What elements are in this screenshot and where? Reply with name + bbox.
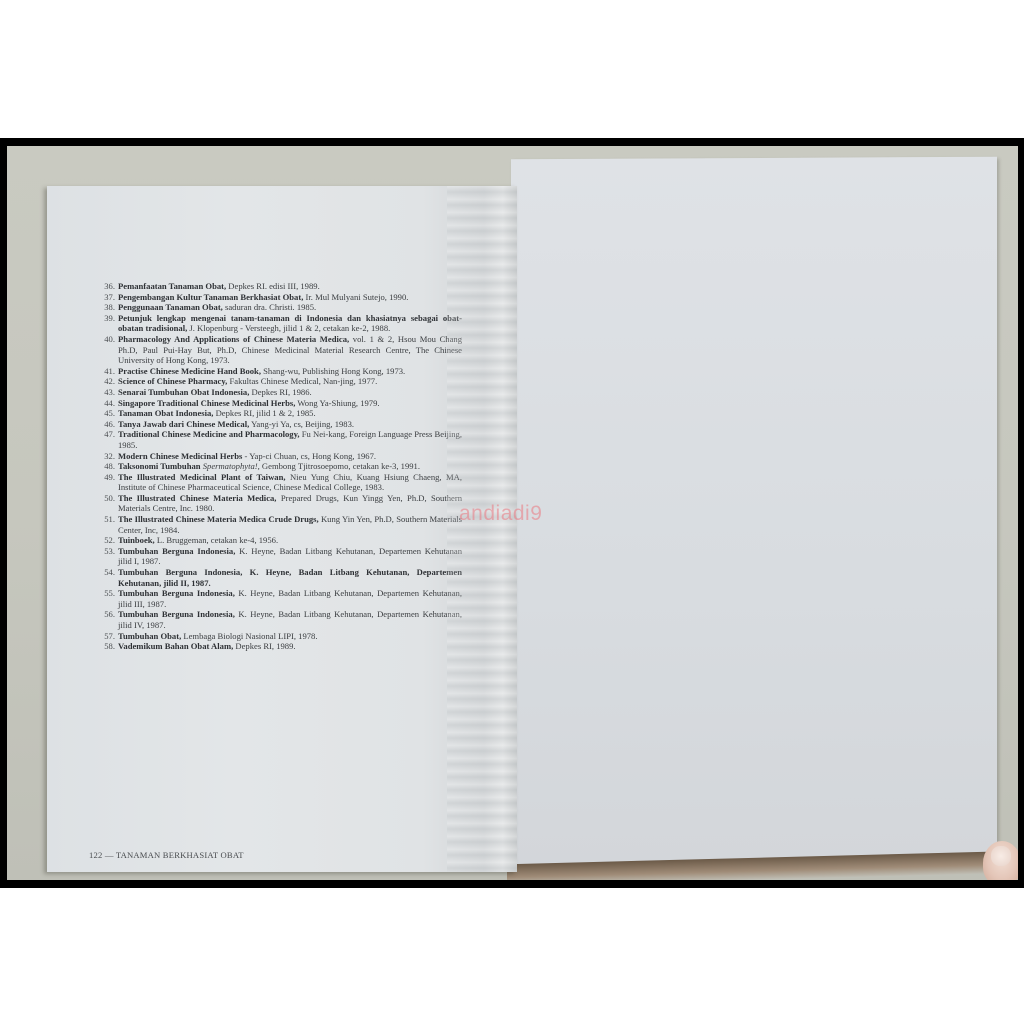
entry-details: - Yap-ci Chuan, cs, Hong Kong, 1967.	[242, 451, 376, 461]
entry-title: The Illustrated Medicinal Plant of Taiwa…	[118, 472, 286, 482]
entry-text: Tuinboek, L. Bruggeman, cetakan ke-4, 19…	[118, 535, 462, 546]
entry-details: Shang-wu, Publishing Hong Kong, 1973.	[261, 366, 405, 376]
entry-title: Tanya Jawab dari Chinese Medical,	[118, 419, 249, 429]
bibliography-entry: 44.Singapore Traditional Chinese Medicin…	[102, 398, 462, 409]
watermark: andiadi9	[459, 502, 542, 526]
entry-text: Singapore Traditional Chinese Medicinal …	[118, 398, 462, 409]
bibliography-entry: 39.Petunjuk lengkap mengenai tanam-tanam…	[102, 313, 462, 334]
entry-details: Fakultas Chinese Medical, Nan-jing, 1977…	[227, 376, 377, 386]
entry-text: The Illustrated Medicinal Plant of Taiwa…	[118, 472, 462, 493]
entry-details: saduran dra. Christi. 1985.	[223, 302, 316, 312]
entry-number: 37.	[102, 292, 115, 303]
entry-number: 54.	[102, 567, 115, 588]
bibliography-entry: 46.Tanya Jawab dari Chinese Medical, Yan…	[102, 419, 462, 430]
entry-text: Tumbuhan Berguna Indonesia, K. Heyne, Ba…	[118, 609, 462, 630]
entry-text: Tumbuhan Berguna Indonesia, K. Heyne, Ba…	[118, 588, 462, 609]
entry-number: 53.	[102, 546, 115, 567]
bibliography-entry: 47.Traditional Chinese Medicine and Phar…	[102, 429, 462, 450]
entry-number: 56.	[102, 609, 115, 630]
entry-details: Yang-yi Ya, cs, Beijing, 1983.	[249, 419, 354, 429]
entry-details: Ir. Mul Mulyani Sutejo, 1990.	[303, 292, 408, 302]
entry-number: 45.	[102, 408, 115, 419]
bibliography-entry: 41.Practise Chinese Medicine Hand Book, …	[102, 366, 462, 377]
entry-title: Tumbuhan Berguna Indonesia,	[118, 588, 235, 598]
entry-number: 51.	[102, 514, 115, 535]
bibliography-entry: 42.Science of Chinese Pharmacy, Fakultas…	[102, 376, 462, 387]
entry-text: Senarai Tumbuhan Obat Indonesia, Depkes …	[118, 387, 462, 398]
entry-title: Vademikum Bahan Obat Alam,	[118, 641, 233, 651]
entry-title: Tuinboek,	[118, 535, 155, 545]
entry-number: 55.	[102, 588, 115, 609]
entry-details: Gembong Tjitrosoepomo, cetakan ke-3, 199…	[260, 461, 420, 471]
entry-details: Wong Ya-Shiung, 1979.	[295, 398, 379, 408]
entry-number: 40.	[102, 334, 115, 366]
bibliography-entry: 45.Tanaman Obat Indonesia, Depkes RI, ji…	[102, 408, 462, 419]
right-page-blank	[511, 157, 997, 872]
entry-number: 39.	[102, 313, 115, 334]
entry-details: Depkes RI, 1989.	[233, 641, 295, 651]
bibliography-entry: 50.The Illustrated Chinese Materia Medic…	[102, 493, 462, 514]
entry-title: Tumbuhan Berguna Indonesia, K. Heyne, Ba…	[118, 567, 462, 588]
entry-number: 44.	[102, 398, 115, 409]
bibliography-entry: 54.Tumbuhan Berguna Indonesia, K. Heyne,…	[102, 567, 462, 588]
bibliography-entry: 58.Vademikum Bahan Obat Alam, Depkes RI,…	[102, 641, 462, 652]
entry-number: 57.	[102, 631, 115, 642]
entry-title: Traditional Chinese Medicine and Pharmac…	[118, 429, 300, 439]
photo-frame: 36.Pemanfaatan Tanaman Obat, Depkes RI. …	[0, 138, 1024, 888]
entry-number: 43.	[102, 387, 115, 398]
bibliography-entry: 32.Modern Chinese Medicinal Herbs - Yap-…	[102, 451, 462, 462]
entry-title: The Illustrated Chinese Materia Medica C…	[118, 514, 319, 524]
bibliography-entry: 40.Pharmacology And Applications of Chin…	[102, 334, 462, 366]
entry-number: 50.	[102, 493, 115, 514]
bibliography-entry: 57.Tumbuhan Obat, Lembaga Biologi Nasion…	[102, 631, 462, 642]
bibliography-list: 36.Pemanfaatan Tanaman Obat, Depkes RI. …	[102, 281, 462, 652]
entry-text: The Illustrated Chinese Materia Medica C…	[118, 514, 462, 535]
entry-text: Modern Chinese Medicinal Herbs - Yap-ci …	[118, 451, 462, 462]
entry-text: Petunjuk lengkap mengenai tanam-tanaman …	[118, 313, 462, 334]
entry-text: Practise Chinese Medicine Hand Book, Sha…	[118, 366, 462, 377]
entry-title: Practise Chinese Medicine Hand Book,	[118, 366, 261, 376]
entry-title: Science of Chinese Pharmacy,	[118, 376, 227, 386]
entry-title: Tumbuhan Obat,	[118, 631, 181, 641]
entry-number: 49.	[102, 472, 115, 493]
bibliography-entry: 55.Tumbuhan Berguna Indonesia, K. Heyne,…	[102, 588, 462, 609]
entry-title: Pharmacology And Applications of Chinese…	[118, 334, 349, 344]
entry-details: Depkes RI, jilid 1 & 2, 1985.	[213, 408, 315, 418]
entry-title: Tumbuhan Berguna Indonesia,	[118, 546, 235, 556]
entry-text: Tumbuhan Berguna Indonesia, K. Heyne, Ba…	[118, 546, 462, 567]
bibliography-entry: 43.Senarai Tumbuhan Obat Indonesia, Depk…	[102, 387, 462, 398]
bibliography-entry: 53.Tumbuhan Berguna Indonesia, K. Heyne,…	[102, 546, 462, 567]
entry-details: J. Klopenburg - Versteegh, jilid 1 & 2, …	[187, 323, 390, 333]
entry-details: Lembaga Biologi Nasional LIPI, 1978.	[181, 631, 317, 641]
entry-text: Penggunaan Tanaman Obat, saduran dra. Ch…	[118, 302, 462, 313]
entry-number: 58.	[102, 641, 115, 652]
entry-details: Depkes RI, 1986.	[249, 387, 311, 397]
entry-text: Tanya Jawab dari Chinese Medical, Yang-y…	[118, 419, 462, 430]
entry-text: Traditional Chinese Medicine and Pharmac…	[118, 429, 462, 450]
entry-text: Tumbuhan Berguna Indonesia, K. Heyne, Ba…	[118, 567, 462, 588]
entry-number: 46.	[102, 419, 115, 430]
bibliography-entry: 37.Pengembangan Kultur Tanaman Berkhasia…	[102, 292, 462, 303]
bibliography-entry: 38.Penggunaan Tanaman Obat, saduran dra.…	[102, 302, 462, 313]
entry-number: 41.	[102, 366, 115, 377]
bibliography-entry: 48.Taksonomi Tumbuhan Spermatophyta!, Ge…	[102, 461, 462, 472]
entry-title: Penggunaan Tanaman Obat,	[118, 302, 223, 312]
entry-details: L. Bruggeman, cetakan ke-4, 1956.	[155, 535, 278, 545]
entry-text: Tanaman Obat Indonesia, Depkes RI, jilid…	[118, 408, 462, 419]
entry-title: Pemanfaatan Tanaman Obat,	[118, 281, 226, 291]
entry-number: 38.	[102, 302, 115, 313]
entry-title: Taksonomi Tumbuhan	[118, 461, 201, 471]
entry-number: 42.	[102, 376, 115, 387]
bibliography-entry: 56.Tumbuhan Berguna Indonesia, K. Heyne,…	[102, 609, 462, 630]
entry-text: Pengembangan Kultur Tanaman Berkhasiat O…	[118, 292, 462, 303]
entry-title: Singapore Traditional Chinese Medicinal …	[118, 398, 295, 408]
entry-text: Taksonomi Tumbuhan Spermatophyta!, Gembo…	[118, 461, 462, 472]
entry-title: Modern Chinese Medicinal Herbs	[118, 451, 242, 461]
bibliography-entry: 52.Tuinboek, L. Bruggeman, cetakan ke-4,…	[102, 535, 462, 546]
bibliography-entry: 51.The Illustrated Chinese Materia Medic…	[102, 514, 462, 535]
bibliography-entry: 49.The Illustrated Medicinal Plant of Ta…	[102, 472, 462, 493]
entry-title: Tanaman Obat Indonesia,	[118, 408, 213, 418]
entry-number: 48.	[102, 461, 115, 472]
entry-text: Science of Chinese Pharmacy, Fakultas Ch…	[118, 376, 462, 387]
entry-number: 47.	[102, 429, 115, 450]
bibliography-entry: 36.Pemanfaatan Tanaman Obat, Depkes RI. …	[102, 281, 462, 292]
entry-title: Senarai Tumbuhan Obat Indonesia,	[118, 387, 249, 397]
entry-text: The Illustrated Chinese Materia Medica, …	[118, 493, 462, 514]
entry-text: Tumbuhan Obat, Lembaga Biologi Nasional …	[118, 631, 462, 642]
entry-title: Tumbuhan Berguna Indonesia,	[118, 609, 235, 619]
book-photo: 36.Pemanfaatan Tanaman Obat, Depkes RI. …	[7, 146, 1018, 880]
entry-italic: Spermatophyta!,	[201, 461, 260, 471]
entry-text: Pemanfaatan Tanaman Obat, Depkes RI. edi…	[118, 281, 462, 292]
entry-title: The Illustrated Chinese Materia Medica,	[118, 493, 276, 503]
entry-number: 32.	[102, 451, 115, 462]
page-footer: 122 — TANAMAN BERKHASIAT OBAT	[89, 850, 244, 860]
entry-text: Pharmacology And Applications of Chinese…	[118, 334, 462, 366]
thumbnail-nail	[991, 846, 1011, 866]
entry-text: Vademikum Bahan Obat Alam, Depkes RI, 19…	[118, 641, 462, 652]
entry-details: Depkes RI. edisi III, 1989.	[226, 281, 320, 291]
entry-number: 52.	[102, 535, 115, 546]
entry-number: 36.	[102, 281, 115, 292]
book-spine	[447, 186, 517, 872]
entry-title: Pengembangan Kultur Tanaman Berkhasiat O…	[118, 292, 303, 302]
